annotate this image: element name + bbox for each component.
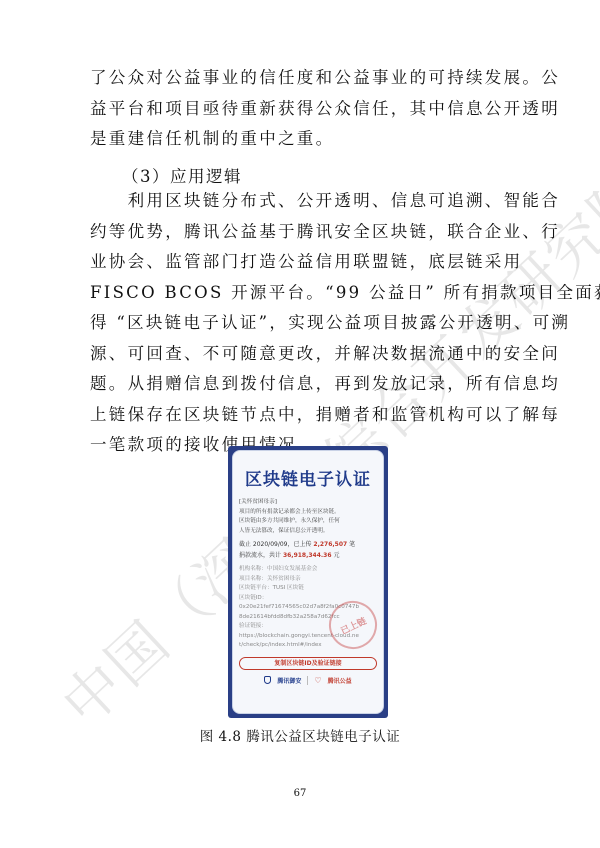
stats-unit: 笔 — [349, 541, 355, 548]
currency: 元 — [333, 552, 339, 559]
page-number: 67 — [0, 788, 600, 799]
org-name: 机构名称：中国妇女发展基金会 — [239, 565, 377, 575]
certificate-card: 区块链电子认证 [关怀贫困母亲] 项目的所有捐款记录都会上传至区块链。 区块链由… — [232, 450, 384, 714]
stats-label: 捐款流水，共计 — [239, 552, 281, 559]
text-line: 得 “区块链电子认证”，实现公益项目披露公开透明、可溯 — [90, 308, 515, 339]
text-line: 题。从捐赠信息到拨付信息，再到发放记录，所有信息均 — [90, 369, 515, 400]
certificate-title: 区块链电子认证 — [233, 465, 383, 490]
text-line: 了公众对公益事业的信任度和公益事业的可持续发展。公 — [90, 63, 515, 94]
logo-tencent-charity: 腾讯公益 — [328, 676, 352, 685]
platform-name: 区块链平台：TUSI 区块链 — [239, 584, 377, 594]
project-name: 项目名称：关怀贫困母亲 — [239, 575, 377, 585]
divider — [307, 676, 308, 685]
figure-caption: 图 4.8 腾讯公益区块链电子认证 — [0, 725, 600, 745]
text-line: 益平台和项目亟待重新获得公众信任，其中信息公开透明 — [90, 94, 515, 125]
text-line: 约等优势，腾讯公益基于腾讯安全区块链，联合企业、行 — [90, 217, 515, 248]
document-page: 中国（深圳）综合开发研究院 了公众对公益事业的信任度和公益事业的可持续发展。公 … — [0, 0, 600, 848]
paragraph-1: 了公众对公益事业的信任度和公益事业的可持续发展。公 益平台和项目亟待重新获得公众… — [90, 63, 515, 155]
logo-bar: 腾讯御安 ♡ 腾讯公益 — [233, 676, 383, 685]
project-tag: [关怀贫困母亲] — [239, 498, 377, 508]
intro-line: 人皆无法篡改，保证信息公开透明。 — [239, 527, 377, 537]
heart-icon: ♡ — [314, 676, 321, 685]
text-line: 上链保存在区块链节点中，捐赠者和监管机构可以了解每 — [90, 400, 515, 431]
upload-stats: 截止 2020/09/09，已上传 2,276,507 笔 捐款流水，共计 36… — [239, 540, 377, 561]
intro-line: 区块链由多方共同维护，永久保护，任何 — [239, 517, 377, 527]
text-line: 业协会、监管部门打造公益信用联盟链，底层链采用 — [90, 247, 515, 278]
total-amount: 36,918,344.36 — [283, 552, 332, 559]
logo-tencent-security: 腾讯御安 — [277, 676, 301, 685]
text-line: 利用区块链分布式、公开透明、信息可追溯、智能合 — [90, 186, 515, 217]
stats-label: 截止 2020/09/09，已上传 — [239, 541, 312, 548]
text-line: FISCO BCOS 开源平台。“99 公益日” 所有捐款项目全面获 — [90, 278, 515, 309]
paragraph-2: 利用区块链分布式、公开透明、信息可追溯、智能合 约等优势，腾讯公益基于腾讯安全区… — [90, 186, 515, 461]
copy-chain-id-button: 复制区块链ID及验证链接 — [239, 657, 377, 670]
section-heading: （3）应用逻辑 — [122, 163, 242, 187]
text-line: 源、可回查、不可随意更改，并解决数据流通中的安全问 — [90, 339, 515, 370]
text-line: 是重建信任机制的重中之重。 — [90, 124, 515, 155]
shield-icon — [264, 676, 271, 684]
blockchain-certificate-figure: 区块链电子认证 [关怀贫困母亲] 项目的所有捐款记录都会上传至区块链。 区块链由… — [228, 446, 388, 718]
intro-line: 项目的所有捐款记录都会上传至区块链。 — [239, 508, 377, 518]
uploaded-count: 2,276,507 — [313, 541, 347, 548]
